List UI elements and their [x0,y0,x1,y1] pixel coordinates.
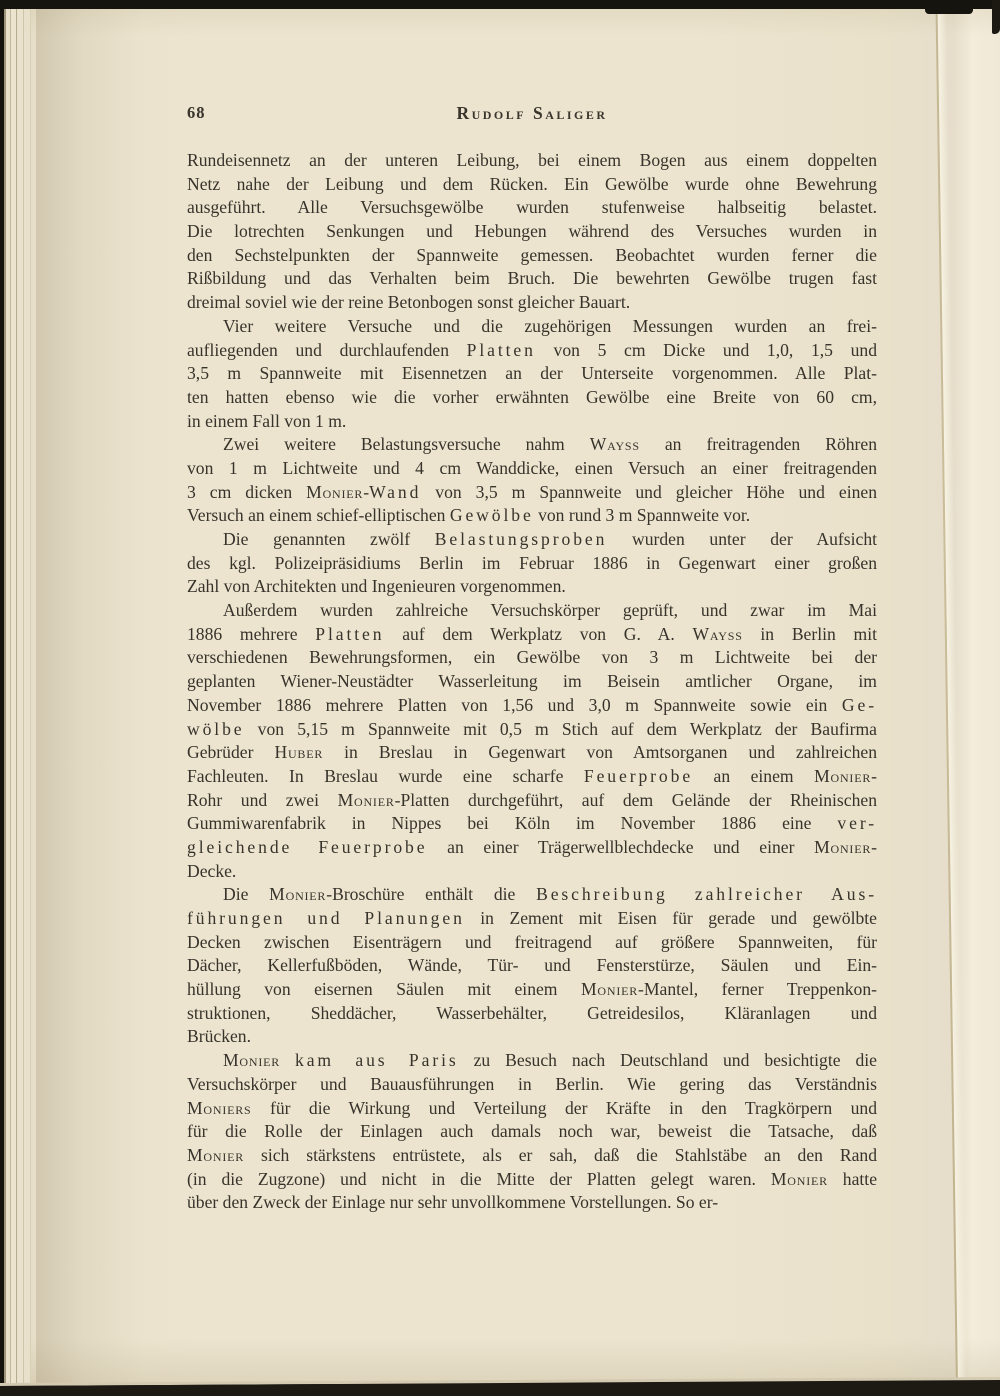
text-line: führungen und Planungen in Zement mit Ei… [187,907,877,931]
text-line: gleichende Feuerprobe an einer Trägerwel… [187,836,877,860]
text-body: Rundeisennetz an der unteren Leibung, be… [187,149,877,1215]
text-line: Dächer, Kellerfußböden, Wände, Tür- und … [187,954,877,978]
text-line: Zwei weitere Belastungsversuche nahm Way… [187,433,877,457]
text-segment: (in die Zugzone) und nicht in die Mitte … [187,1169,771,1189]
small-caps-name: Monier [306,482,363,502]
letterspaced-emphasis: Belastungsproben [435,529,608,549]
text-line: Gummiwarenfabrik in Nippes bei Köln im N… [187,812,877,836]
text-line: Außerdem wurden zahlreiche Versuchskörpe… [187,599,877,623]
text-segment: Gummiwarenfabrik in Nippes bei Köln im N… [187,813,837,833]
text-segment: dreimal soviel wie der reine Betonbogen … [187,292,630,312]
text-segment: für die Rolle der Einlagen auch damals n… [187,1121,877,1141]
text-segment: Versuch an einem schief-elliptischen [187,505,450,525]
text-line: 1886 mehrere Platten auf dem Werkplatz v… [187,623,877,647]
text-segment: verschiedenen Bewehrungsformen, ein Gewö… [187,647,877,667]
scan-border-top [0,0,1000,9]
text-segment: geplanten Wiener-Neustädter Wasserleitun… [187,671,877,691]
small-caps-name: Monier [581,979,638,999]
text-segment: des kgl. Polizeipräsidiums Berlin im Feb… [187,553,877,573]
running-header-row: 68 Rudolf Saliger [187,103,877,127]
text-segment: Zahl von Architekten und Ingenieuren vor… [187,576,566,596]
text-segment: Brücken. [187,1026,251,1046]
text-segment: 3 cm dicken [187,482,306,502]
small-caps-name: Monier [269,884,326,904]
text-line: Brücken. [187,1025,877,1049]
small-caps-name: Monier [814,766,871,786]
text-line: in einem Fall von 1 m. [187,410,877,434]
text-segment: von 5,15 m Spannweite mit 0,5 m Stich au… [245,719,877,739]
text-segment: Zwei weitere Belastungsversuche nahm [223,434,590,454]
small-caps-name: Monier [814,837,871,857]
page-edge-stack [4,8,36,1384]
corner-shadow-top-right [992,0,1000,34]
text-segment: hüllung von eisernen Säulen mit einem [187,979,581,999]
text-line: verschiedenen Bewehrungsformen, ein Gewö… [187,646,877,670]
text-segment: an freitragenden Röhren [640,434,877,454]
text-segment: - [871,766,877,786]
text-line: Die genannten zwölf Belastungsproben wur… [187,528,877,552]
small-caps-name: Huber [274,742,323,762]
text-segment: für die Wirkung und Verteilung der Kräft… [252,1098,877,1118]
text-segment: Die [223,884,269,904]
text-segment: in Breslau in Gegenwart von Amtsorganen … [323,742,877,762]
text-line: Zahl von Architekten und Ingenieuren vor… [187,575,877,599]
text-line: Gebrüder Huber in Breslau in Gegenwart v… [187,741,877,765]
text-segment: an einem [693,766,814,786]
text-segment: Außerdem wurden zahlreiche Versuchskörpe… [223,600,877,620]
text-line: Decken zwischen Eisenträgern und freitra… [187,931,877,955]
text-segment: wurden unter der Aufsicht [607,529,877,549]
text-line: ten hatten ebenso wie die vorher erwähnt… [187,386,877,410]
letterspaced-emphasis: Gewölbe [450,505,534,525]
text-segment: in Zement mit Eisen für gerade und gewöl… [465,908,877,928]
text-segment: 1886 mehrere [187,624,315,644]
text-segment: Versuchskörper und Bauausführungen in Be… [187,1074,877,1094]
text-line: Decke. [187,860,877,884]
text-segment: Fachleuten. In Breslau wurde eine scharf… [187,766,584,786]
text-segment: 3,5 m Spannweite mit Eisennetzen an der … [187,363,877,383]
letterspaced-emphasis: Ge- [842,695,877,715]
text-segment: in Berlin mit [743,624,877,644]
text-segment: - [871,837,877,857]
small-caps-name: Monier [338,790,395,810]
text-segment: von 3,5 m Spannweite und gleicher Höhe u… [421,482,877,502]
text-segment: Gebrüder [187,742,274,762]
gutter-shadow [36,8,146,1384]
text-segment: hatte [828,1169,877,1189]
text-line: Versuch an einem schief-elliptischen Gew… [187,504,877,528]
text-segment: sich stärkstens entrüstete, als er sah, … [244,1145,877,1165]
letterspaced-emphasis: kam aus Paris [295,1050,459,1070]
letterspaced-emphasis: Platten [315,624,384,644]
text-segment: Decke. [187,861,236,881]
letterspaced-emphasis: führungen und Planungen [187,908,465,928]
text-segment: ausgeführt. Alle Versuchsgewölbe wurden … [187,197,877,217]
text-line: 3 cm dicken Monier-Wand von 3,5 m Spannw… [187,481,877,505]
text-segment: Vier weitere Versuche und die zugehörige… [223,316,877,336]
text-line: geplanten Wiener-Neustädter Wasserleitun… [187,670,877,694]
small-caps-name: Monier [771,1169,828,1189]
text-segment: Rundeisennetz an der unteren Leibung, be… [187,150,877,170]
text-segment: auf dem Werkplatz von G. A. [384,624,692,644]
letterspaced-emphasis: Feuerprobe [584,766,693,786]
text-line: struktionen, Sheddächer, Wasserbehälter,… [187,1002,877,1026]
text-line: 3,5 m Spannweite mit Eisennetzen an der … [187,362,877,386]
text-line: Rißbildung und das Verhalten beim Bruch.… [187,267,877,291]
text-segment: zu Besuch nach Deutschland und besichtig… [459,1050,877,1070]
text-segment: Die genannten zwölf [223,529,435,549]
page-number: 68 [187,103,206,123]
text-segment: Decken zwischen Eisenträgern und freitra… [187,932,877,952]
text-segment: Dächer, Kellerfußböden, Wände, Tür- und … [187,955,877,975]
text-segment: den Sechstelpunkten der Spannweite gemes… [187,245,877,265]
scan-border-left [0,0,4,1396]
text-segment: -Mantel, ferner Treppenkon- [638,979,877,999]
text-segment: struktionen, Sheddächer, Wasserbehälter,… [187,1003,877,1023]
text-line: Rohr und zwei Monier-Platten durchgeführ… [187,789,877,813]
text-segment: Rohr und zwei [187,790,338,810]
text-line: Fachleuten. In Breslau wurde eine scharf… [187,765,877,789]
text-line: hüllung von eisernen Säulen mit einem Mo… [187,978,877,1002]
text-segment: von 1 m Lichtweite und 4 cm Wanddicke, e… [187,458,877,478]
text-line: Rundeisennetz an der unteren Leibung, be… [187,149,877,173]
text-segment: von rund 3 m Spannweite vor. [534,505,750,525]
small-caps-name: Wayss [590,434,640,454]
text-line: dreimal soviel wie der reine Betonbogen … [187,291,877,315]
book-scan-page: 68 Rudolf Saliger Rundeisennetz an der u… [0,0,1000,1396]
text-line: Die lotrechten Senkungen und Hebungen wä… [187,220,877,244]
text-line: (in die Zugzone) und nicht in die Mitte … [187,1168,877,1192]
text-segment [280,1050,295,1070]
letterspaced-emphasis: ver- [837,813,877,833]
text-segment: von 5 cm Dicke und 1,0, 1,5 und [536,340,877,360]
letterspaced-emphasis: wölbe [187,719,245,739]
text-line: aufliegenden und durchlaufenden Platten … [187,339,877,363]
text-line: den Sechstelpunkten der Spannweite gemes… [187,244,877,268]
text-segment: -Broschüre enthält die [326,884,536,904]
text-segment: -Platten durchgeführt, auf dem Gelände d… [395,790,877,810]
text-line: des kgl. Polizeipräsidiums Berlin im Feb… [187,552,877,576]
text-segment: Die lotrechten Senkungen und Hebungen wä… [187,221,877,241]
text-line: Die Monier-Broschüre enthält die Beschre… [187,883,877,907]
text-line: Monier kam aus Paris zu Besuch nach Deut… [187,1049,877,1073]
scan-border-top-notch [925,0,973,14]
text-line: Versuchskörper und Bauausführungen in Be… [187,1073,877,1097]
letterspaced-emphasis: Beschreibung zahlreicher Aus- [536,884,877,904]
letterspaced-emphasis: gleichende Feuerprobe [187,837,427,857]
small-caps-name: Monier [223,1050,280,1070]
text-line: Monier sich stärkstens entrüstete, als e… [187,1144,877,1168]
text-line: von 1 m Lichtweite und 4 cm Wanddicke, e… [187,457,877,481]
text-segment: Netz nahe der Leibung und dem Rücken. Ei… [187,174,877,194]
text-line: November 1886 mehrere Platten von 1,56 u… [187,694,877,718]
text-segment: aufliegenden und durchlaufenden [187,340,467,360]
small-caps-name: Monier [187,1145,244,1165]
text-line: wölbe von 5,15 m Spannweite mit 0,5 m St… [187,718,877,742]
text-segment: November 1886 mehrere Platten von 1,56 u… [187,695,842,715]
text-line: für die Rolle der Einlagen auch damals n… [187,1120,877,1144]
text-line: über den Zweck der Einlage nur sehr unvo… [187,1191,877,1215]
text-line: Netz nahe der Leibung und dem Rücken. Ei… [187,173,877,197]
text-line: Moniers für die Wirkung und Verteilung d… [187,1097,877,1121]
text-segment: Rißbildung und das Verhalten beim Bruch.… [187,268,877,288]
text-line: ausgeführt. Alle Versuchsgewölbe wurden … [187,196,877,220]
letterspaced-emphasis: Wand [369,482,421,502]
running-header: Rudolf Saliger [187,103,877,124]
text-segment: über den Zweck der Einlage nur sehr unvo… [187,1192,718,1212]
small-caps-name: Moniers [187,1098,252,1118]
text-segment: an einer Trägerwellblechdecke und einer [427,837,814,857]
text-segment: ten hatten ebenso wie die vorher erwähnt… [187,387,877,407]
text-segment: in einem Fall von 1 m. [187,411,346,431]
text-line: Vier weitere Versuche und die zugehörige… [187,315,877,339]
letterspaced-emphasis: Platten [467,340,536,360]
small-caps-name: Wayss [693,624,743,644]
